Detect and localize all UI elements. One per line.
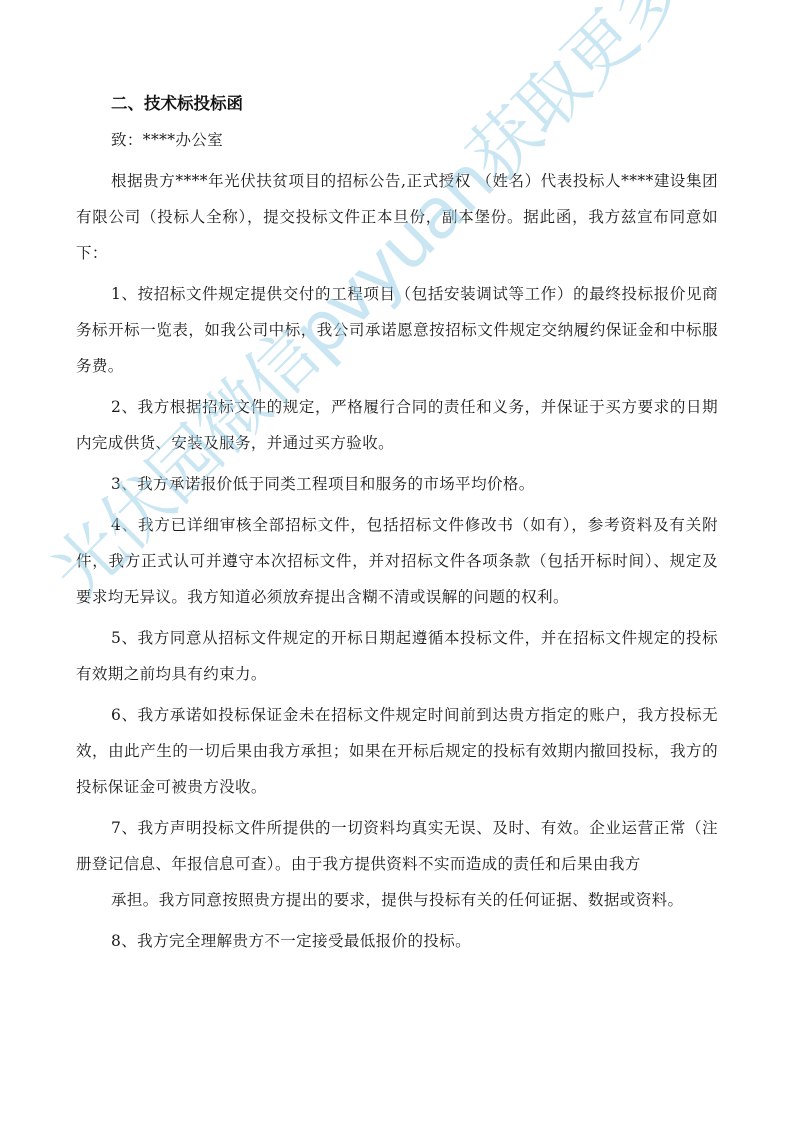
section-title: 二、技术标投标函 (111, 88, 718, 120)
clause-6: 6、我方承诺如投标保证金未在招标文件规定时间前到达贵方指定的账户，我方投标无效，… (76, 697, 718, 805)
clause-7-continued: 承担。我方同意按照贵方提出的要求，提供与投标有关的任何证据、数据或资料。 (76, 882, 718, 918)
clause-5: 5、我方同意从招标文件规定的开标日期起遵循本投标文件，并在招标文件规定的投标有效… (76, 620, 718, 692)
clause-8: 8、我方完全理解贵方不一定接受最低报价的投标。 (76, 923, 718, 959)
document-body: 二、技术标投标函 致：****办公室 根据贵方****年光伏扶贫项目的招标公告,… (76, 88, 718, 964)
addressee-line: 致：****办公室 (76, 122, 718, 158)
clause-7: 7、我方声明投标文件所提供的一切资料均真实无误、及时、有效。企业运营正常（注册登… (76, 810, 718, 882)
intro-paragraph: 根据贵方****年光伏扶贫项目的招标公告,正式授权 （姓名）代表投标人****建… (76, 163, 718, 271)
clause-3: 3、我方承诺报价低于同类工程项目和服务的市场平均价格。 (76, 466, 718, 502)
clause-1: 1、按招标文件规定提供交付的工程项目（包括安装调试等工作）的最终投标报价见商务标… (76, 276, 718, 384)
clause-2: 2、我方根据招标文件的规定，严格履行合同的责任和义务，并保证于买方要求的日期内完… (76, 389, 718, 461)
clause-4: 4、我方已详细审核全部招标文件，包括招标文件修改书（如有），参考资料及有关附件，… (76, 507, 718, 615)
document-page: 二、技术标投标函 致：****办公室 根据贵方****年光伏扶贫项目的招标公告,… (0, 0, 793, 1122)
